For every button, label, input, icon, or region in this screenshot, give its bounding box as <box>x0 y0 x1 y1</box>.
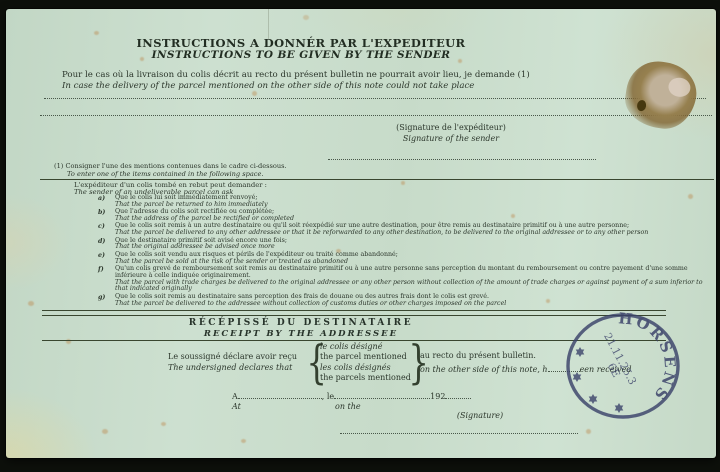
scanned-document-scene: INSTRUCTIONS A DONNÉR PAR L'EXPEDITEUR I… <box>0 0 720 472</box>
intro-line-fr: Pour le cas où la livraison du colis déc… <box>62 70 530 81</box>
foxing-spot <box>94 31 99 35</box>
option-key: c) <box>98 223 115 237</box>
section-rule <box>40 179 714 180</box>
option-key: g) <box>98 294 115 308</box>
footnote-text-en: To enter one of the items contained in t… <box>67 171 314 179</box>
option-key: b) <box>98 209 115 223</box>
footnote: (1) Consigner l'une des mentions contenu… <box>54 163 314 178</box>
option-item: f) Qu'un colis grevé de remboursement so… <box>98 266 704 293</box>
receipt-declare-fr: Le soussigné déclare avoir reçu <box>168 352 297 363</box>
addressee-signature-line <box>340 433 578 434</box>
form-title-fr: INSTRUCTIONS A DONNÉR PAR L'EXPEDITEUR <box>76 36 526 50</box>
horsens-postmark: HORSENS 21.11.25.3 6E <box>562 310 684 424</box>
place-blank <box>238 391 322 399</box>
foxing-spot <box>241 439 246 443</box>
wax-stain <box>621 57 700 133</box>
foxing-spot <box>586 429 591 434</box>
brace-item: le colis désigné <box>320 342 412 352</box>
receipt-title-fr: RÉCÉPISSÉ DU DESTINATAIRE <box>101 318 501 328</box>
option-item: b) Que l'adresse du colis soit rectifiée… <box>98 209 704 223</box>
star-icon <box>589 394 598 404</box>
option-key: e) <box>98 252 115 266</box>
receipt-declare-en: The undersigned declares that <box>168 363 297 374</box>
sender-signature-label-en: Signature of the sender <box>336 133 566 144</box>
postmark-date: 21.11.25.3 <box>601 331 638 387</box>
option-item: g) Que le colis soit remis au destinatai… <box>98 294 704 308</box>
date-label-fr: , le <box>322 392 334 401</box>
date-blank <box>334 391 430 399</box>
foxing-spot <box>28 301 34 306</box>
option-item: c) Que le colis soit remis à un autre de… <box>98 223 704 237</box>
year-blank <box>445 391 471 399</box>
place-label-en: At <box>232 402 241 411</box>
paper-crease <box>268 9 269 39</box>
write-in-rule <box>40 115 712 116</box>
star-icon <box>576 347 585 357</box>
intro-line-en: In case the delivery of the parcel menti… <box>62 81 474 92</box>
sender-signature-line <box>328 159 596 160</box>
write-in-rule <box>44 98 706 99</box>
option-text-en: That the parcel be delivered to the addr… <box>115 301 704 308</box>
year-prefix: 192 <box>430 392 445 401</box>
footnote-marker: (1) <box>54 162 63 170</box>
foxing-spot <box>401 181 405 185</box>
place-date-row: A, le192 <box>232 391 471 401</box>
option-item: d) Que le destinataire primitif soit avi… <box>98 238 704 252</box>
option-item: a) Que le colis lui soit immédiatement r… <box>98 195 704 209</box>
brace-item: les colis désignés <box>320 363 412 373</box>
option-key: d) <box>98 238 115 252</box>
parcel-form-card: INSTRUCTIONS A DONNÉR PAR L'EXPEDITEUR I… <box>6 9 716 458</box>
brace-item: the parcels mentioned <box>320 373 412 383</box>
receipt-brace-items: le colis désignéthe parcel mentionedles … <box>320 342 412 384</box>
foxing-spot <box>102 429 108 434</box>
option-text-en: That the parcel be delivered to any othe… <box>115 230 704 237</box>
footnote-text-fr: Consigner l'une des mentions contenues d… <box>65 162 286 170</box>
option-key: f) <box>98 266 115 293</box>
form-title-en: INSTRUCTIONS TO BE GIVEN BY THE SENDER <box>76 49 526 61</box>
receipt-title-en: RECEIPT BY THE ADDRESSEE <box>101 329 501 339</box>
star-icon <box>615 403 624 413</box>
options-list: a) Que le colis lui soit immédiatement r… <box>98 195 704 308</box>
brace-item: the parcel mentioned <box>320 352 412 362</box>
sender-signature-label-fr: (Signature de l'expéditeur) <box>336 122 566 133</box>
addressee-signature-label: (Signature) <box>420 411 540 420</box>
star-icon <box>573 372 582 382</box>
option-text-en: That the parcel with trade charges be de… <box>115 280 704 294</box>
foxing-spot <box>161 422 166 426</box>
receipt-declaration: Le soussigné déclare avoir reçu The unde… <box>168 352 297 373</box>
option-key: a) <box>98 195 115 209</box>
date-label-en: on the <box>335 402 361 411</box>
foxing-spot <box>303 15 309 20</box>
option-text-fr: Qu'un colis grevé de remboursement soit … <box>115 266 704 280</box>
option-item: e) Que le colis soit vendu aux risques e… <box>98 252 704 266</box>
receipt-recto-en-before: on the other side of this note, h <box>420 365 548 374</box>
